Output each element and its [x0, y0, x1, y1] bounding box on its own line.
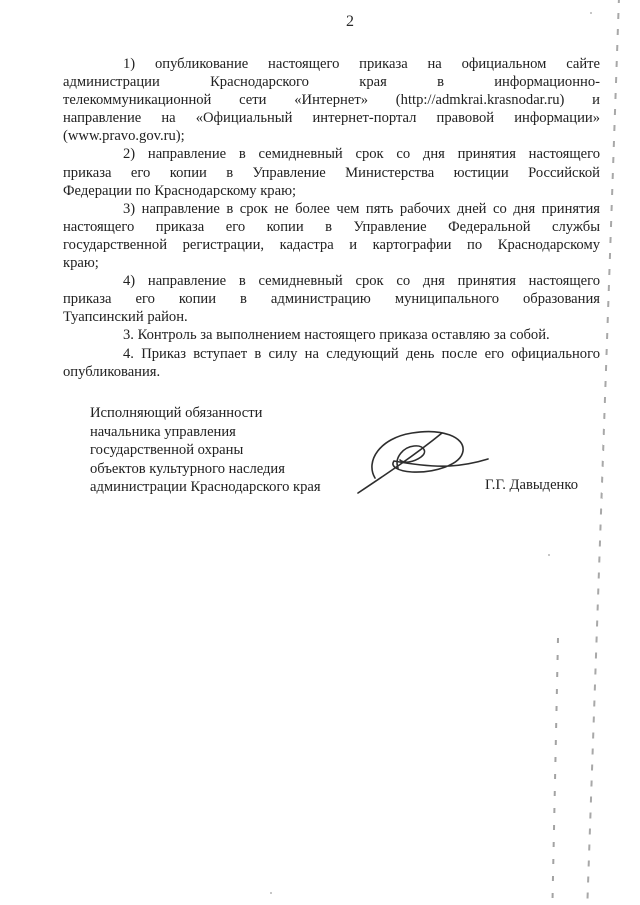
text-line: краю;: [63, 254, 600, 272]
paragraph: 3. Контроль за выполнением настоящего пр…: [63, 326, 600, 344]
paragraph: 1) опубликование настоящего приказа на о…: [63, 55, 600, 145]
signatory-name: Г.Г. Давыденко: [485, 477, 578, 494]
text-line: настоящего приказа его копии в Управлени…: [63, 218, 600, 236]
document-body: 1) опубликование настоящего приказа на о…: [63, 55, 600, 381]
text-line: (www.pravo.gov.ru);: [63, 127, 600, 145]
text-line: 2) направление в семидневный срок со дня…: [63, 145, 600, 163]
text-line: 3. Контроль за выполнением настоящего пр…: [63, 326, 600, 344]
text-line: приказа его копии в Управление Министерс…: [63, 164, 600, 182]
handwritten-signature-icon: [350, 423, 495, 498]
text-line: направление на «Официальный интернет-пор…: [63, 109, 600, 127]
signature-position-line: объектов культурного наследия: [90, 460, 390, 479]
text-line: 3) направление в срок не более чем пять …: [63, 200, 600, 218]
paragraph: 2) направление в семидневный срок со дня…: [63, 145, 600, 199]
text-line: 4) направление в семидневный срок со дня…: [63, 272, 600, 290]
text-line: администрации Краснодарского края в инфо…: [63, 73, 600, 91]
paragraph: 3) направление в срок не более чем пять …: [63, 200, 600, 272]
text-line: 1) опубликование настоящего приказа на о…: [63, 55, 600, 73]
scan-speck: [548, 554, 550, 556]
text-line: государственной регистрации, кадастра и …: [63, 236, 600, 254]
paragraph: 4) направление в семидневный срок со дня…: [63, 272, 600, 326]
signature-position-lines: Исполняющий обязанностиначальника управл…: [90, 404, 390, 497]
signature-position-line: администрации Краснодарского края: [90, 478, 390, 497]
signature-position-line: государственной охраны: [90, 441, 390, 460]
text-line: Туапсинский район.: [63, 308, 600, 326]
signature-position-line: начальника управления: [90, 423, 390, 442]
page-number: 2: [60, 13, 640, 31]
scan-speck: [270, 892, 272, 894]
scan-artifact-dashed-line-left: [551, 638, 558, 905]
text-line: Федерации по Краснодарскому краю;: [63, 182, 600, 200]
text-line: приказа его копии в администрацию муници…: [63, 290, 600, 308]
text-line: телекоммуникационной сети «Интернет» (ht…: [63, 91, 600, 109]
scan-speck: [590, 12, 592, 14]
text-line: опубликования.: [63, 363, 600, 381]
scanned-document-page: 2 1) опубликование настоящего приказа на…: [0, 0, 640, 905]
paragraph: 4. Приказ вступает в силу на следующий д…: [63, 345, 600, 381]
text-line: 4. Приказ вступает в силу на следующий д…: [63, 345, 600, 363]
signature-position-line: Исполняющий обязанности: [90, 404, 390, 423]
